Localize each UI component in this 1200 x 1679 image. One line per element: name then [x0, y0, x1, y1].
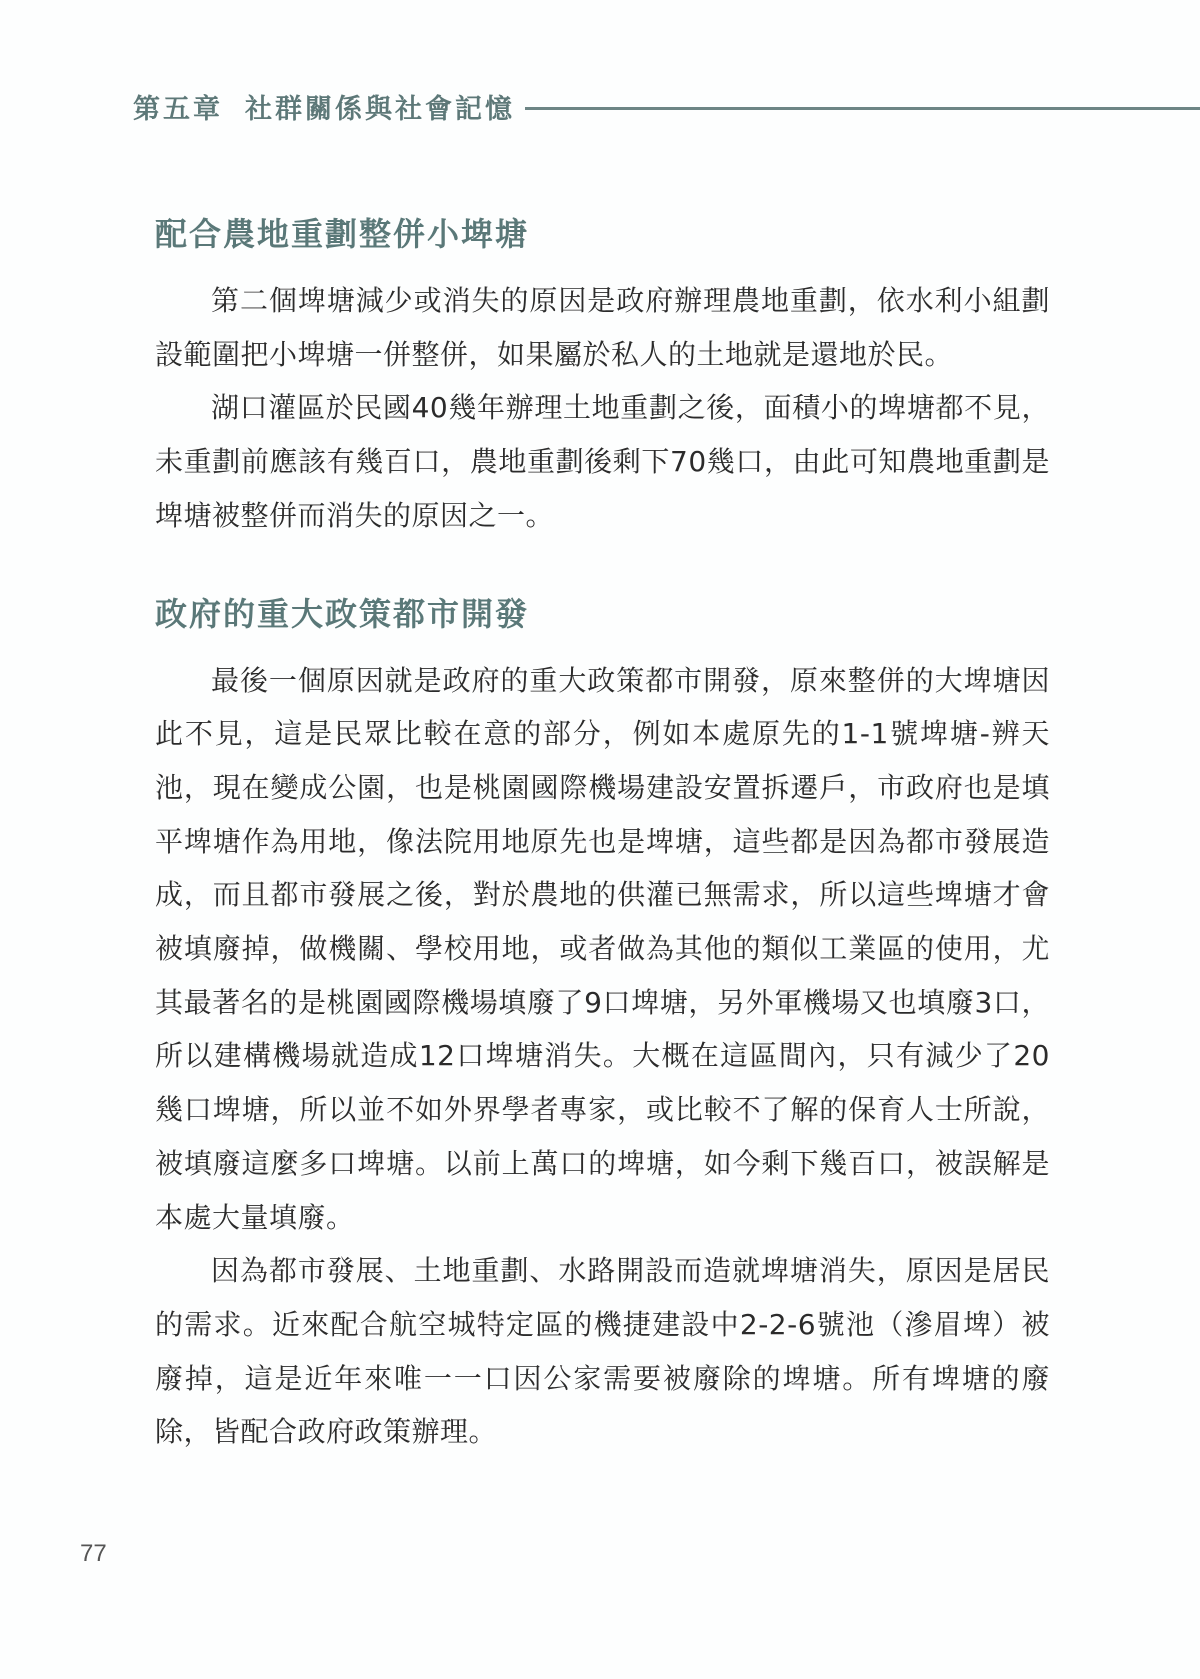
- chapter-header: 第五章社群關係與社會記憶: [133, 86, 1200, 126]
- paragraph: 因為都市發展、土地重劃、水路開設而造就埤塘消失，原因是居民的需求。近來配合航空城…: [155, 1244, 1050, 1459]
- header-divider: [525, 107, 1200, 110]
- section-heading: 政府的重大政策都市開發: [155, 590, 1050, 638]
- chapter-number: 第五章: [133, 94, 223, 125]
- chapter-name: 社群關係與社會記憶: [245, 94, 515, 125]
- page-number: 77: [80, 1540, 107, 1568]
- paragraph: 湖口灌區於民國40幾年辦理土地重劃之後，面積小的埤塘都不見，未重劃前應該有幾百口…: [155, 381, 1050, 542]
- paragraph: 最後一個原因就是政府的重大政策都市開發，原來整併的大埤塘因此不見，這是民眾比較在…: [155, 654, 1050, 1245]
- paragraph: 第二個埤塘減少或消失的原因是政府辦理農地重劃，依水利小組劃設範圍把小埤塘一併整併…: [155, 274, 1050, 381]
- page-body: 配合農地重劃整併小埤塘 第二個埤塘減少或消失的原因是政府辦理農地重劃，依水利小組…: [155, 210, 1050, 1459]
- chapter-title: 第五章社群關係與社會記憶: [133, 87, 515, 126]
- section-heading: 配合農地重劃整併小埤塘: [155, 210, 1050, 258]
